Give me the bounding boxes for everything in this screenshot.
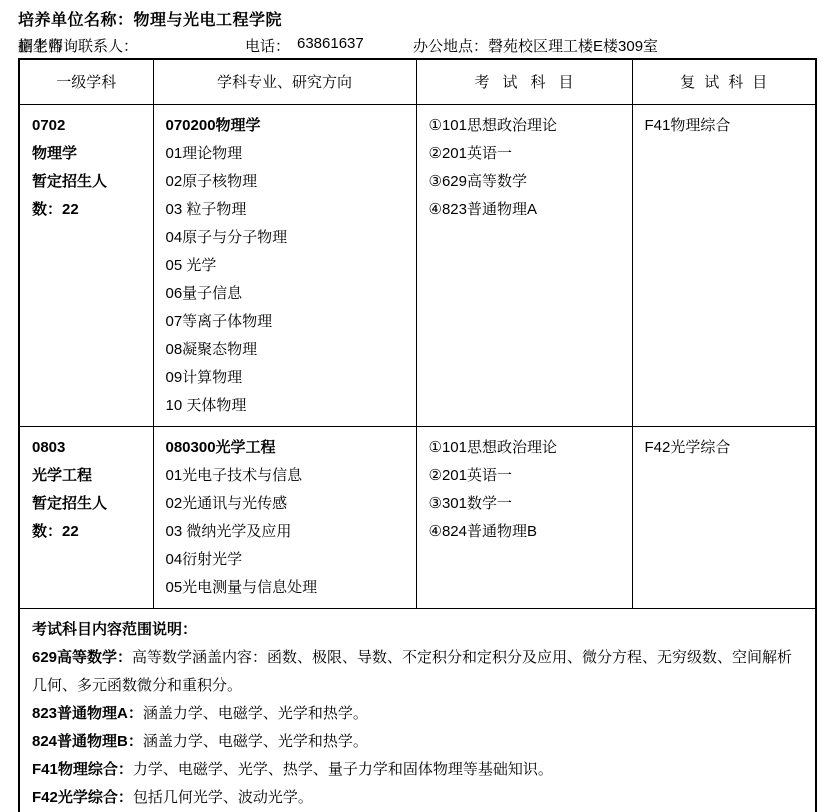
note-label: F41物理综合： [32, 761, 133, 778]
note-text: 高等数学涵盖内容：函数、极限、导数、不定积分和定积分及应用、微分方程、无穷级数、… [32, 649, 792, 694]
exam-subject-item: ③629高等数学 [429, 168, 626, 196]
note-text: 力学、电磁学、光学、热学、量子力学和固体物理等基础知识。 [133, 761, 553, 778]
phone-number: 63861637 [297, 35, 364, 52]
admissions-document: 培养单位名称：物理与光电工程学院 招生咨询联系人：蒯老师 电话： 6386163… [0, 0, 832, 812]
major-directions-cell: 080300光学工程 01光电子技术与信息 02光通讯与光传感 03 微纳光学及… [153, 426, 416, 608]
quota-line-1: 暂定招生人 [32, 490, 147, 518]
exam-subject-item: ④823普通物理A [429, 196, 626, 224]
note-label: 823普通物理A： [32, 705, 143, 722]
major-directions-cell: 070200物理学 01理论物理 02原子核物理 03 粒子物理 04原子与分子… [153, 104, 416, 426]
direction-item: 09计算物理 [166, 364, 410, 392]
note-label: F42光学综合： [32, 789, 133, 806]
direction-item: 01光电子技术与信息 [166, 462, 410, 490]
exam-subjects-cell: ①101思想政治理论 ②201英语一 ③629高等数学 ④823普通物理A [416, 104, 632, 426]
direction-item: 07等离子体物理 [166, 308, 410, 336]
direction-item: 04衍射光学 [166, 546, 410, 574]
column-header-major-direction: 学科专业、研究方向 [153, 59, 416, 104]
retest-subject-cell: F42光学综合 [632, 426, 816, 608]
direction-item: 08凝聚态物理 [166, 336, 410, 364]
exam-scope-notes-cell: 考试科目内容范围说明： 629高等数学：高等数学涵盖内容：函数、极限、导数、不定… [19, 608, 816, 812]
quota-line-1: 暂定招生人 [32, 168, 147, 196]
table-row-physics: 0702 物理学 暂定招生人 数：22 070200物理学 01理论物理 02原… [19, 104, 816, 426]
note-text: 涵盖力学、电磁学、光学和热学。 [143, 705, 368, 722]
quota-line-2: 数：22 [32, 196, 147, 224]
retest-subject: F42光学综合 [645, 434, 810, 462]
direction-item: 04原子与分子物理 [166, 224, 410, 252]
notes-title: 考试科目内容范围说明： [32, 616, 801, 644]
note-text: 涵盖力学、电磁学、光学和热学。 [143, 733, 368, 750]
note-text: 包括几何光学、波动光学。 [133, 789, 313, 806]
exam-subject-item: ④824普通物理B [429, 518, 626, 546]
note-item-823: 823普通物理A：涵盖力学、电磁学、光学和热学。 [32, 700, 801, 728]
contact-name: 蒯老师 [18, 35, 63, 56]
quota-line-2: 数：22 [32, 518, 147, 546]
exam-subject-item: ②201英语一 [429, 462, 626, 490]
office-location: 磬苑校区理工楼E楼309室 [488, 35, 658, 56]
direction-item: 03 粒子物理 [166, 196, 410, 224]
table-row-optical-engineering: 0803 光学工程 暂定招生人 数：22 080300光学工程 01光电子技术与… [19, 426, 816, 608]
direction-item: 05光电测量与信息处理 [166, 574, 410, 602]
column-header-retest-subjects: 复试科目 [632, 59, 816, 104]
retest-subject-cell: F41物理综合 [632, 104, 816, 426]
exam-subject-item: ①101思想政治理论 [429, 112, 626, 140]
discipline-code: 0803 [32, 434, 147, 462]
major-title: 080300光学工程 [166, 434, 410, 462]
direction-item: 03 微纳光学及应用 [166, 518, 410, 546]
direction-item: 01理论物理 [166, 140, 410, 168]
direction-item: 02光通讯与光传感 [166, 490, 410, 518]
discipline-name: 物理学 [32, 140, 147, 168]
discipline-code: 0702 [32, 112, 147, 140]
exam-subject-item: ①101思想政治理论 [429, 434, 626, 462]
direction-item: 05 光学 [166, 252, 410, 280]
table-header-row: 一级学科 学科专业、研究方向 考试科目 复试科目 [19, 59, 816, 104]
exam-subject-item: ②201英语一 [429, 140, 626, 168]
note-item-824: 824普通物理B：涵盖力学、电磁学、光学和热学。 [32, 728, 801, 756]
unit-label: 培养单位名称： [18, 12, 134, 29]
discipline-name: 光学工程 [32, 462, 147, 490]
admissions-table: 一级学科 学科专业、研究方向 考试科目 复试科目 0702 物理学 暂定招生人 … [18, 58, 817, 812]
office-label: 办公地点： [413, 35, 488, 56]
exam-scope-notes-row: 考试科目内容范围说明： 629高等数学：高等数学涵盖内容：函数、极限、导数、不定… [19, 608, 816, 812]
major-title: 070200物理学 [166, 112, 410, 140]
retest-subject: F41物理综合 [645, 112, 810, 140]
discipline-cell: 0702 物理学 暂定招生人 数：22 [19, 104, 153, 426]
direction-item: 06量子信息 [166, 280, 410, 308]
direction-item: 02原子核物理 [166, 168, 410, 196]
direction-item: 10 天体物理 [166, 392, 410, 420]
exam-subject-item: ③301数学一 [429, 490, 626, 518]
column-header-discipline: 一级学科 [19, 59, 153, 104]
note-item-f41: F41物理综合：力学、电磁学、光学、热学、量子力学和固体物理等基础知识。 [32, 756, 801, 784]
phone-label: 电话： [245, 35, 290, 56]
note-label: 629高等数学： [32, 649, 132, 666]
note-item-f42: F42光学综合：包括几何光学、波动光学。 [32, 784, 801, 812]
column-header-exam-subjects: 考试科目 [416, 59, 632, 104]
note-label: 824普通物理B： [32, 733, 143, 750]
contact-row: 招生咨询联系人：蒯老师 电话： 63861637 办公地点： 磬苑校区理工楼E楼… [18, 35, 818, 55]
unit-title: 培养单位名称：物理与光电工程学院 [18, 7, 282, 30]
exam-subjects-cell: ①101思想政治理论 ②201英语一 ③301数学一 ④824普通物理B [416, 426, 632, 608]
note-item-629: 629高等数学：高等数学涵盖内容：函数、极限、导数、不定积分和定积分及应用、微分… [32, 644, 801, 700]
unit-name: 物理与光电工程学院 [134, 12, 283, 29]
discipline-cell: 0803 光学工程 暂定招生人 数：22 [19, 426, 153, 608]
